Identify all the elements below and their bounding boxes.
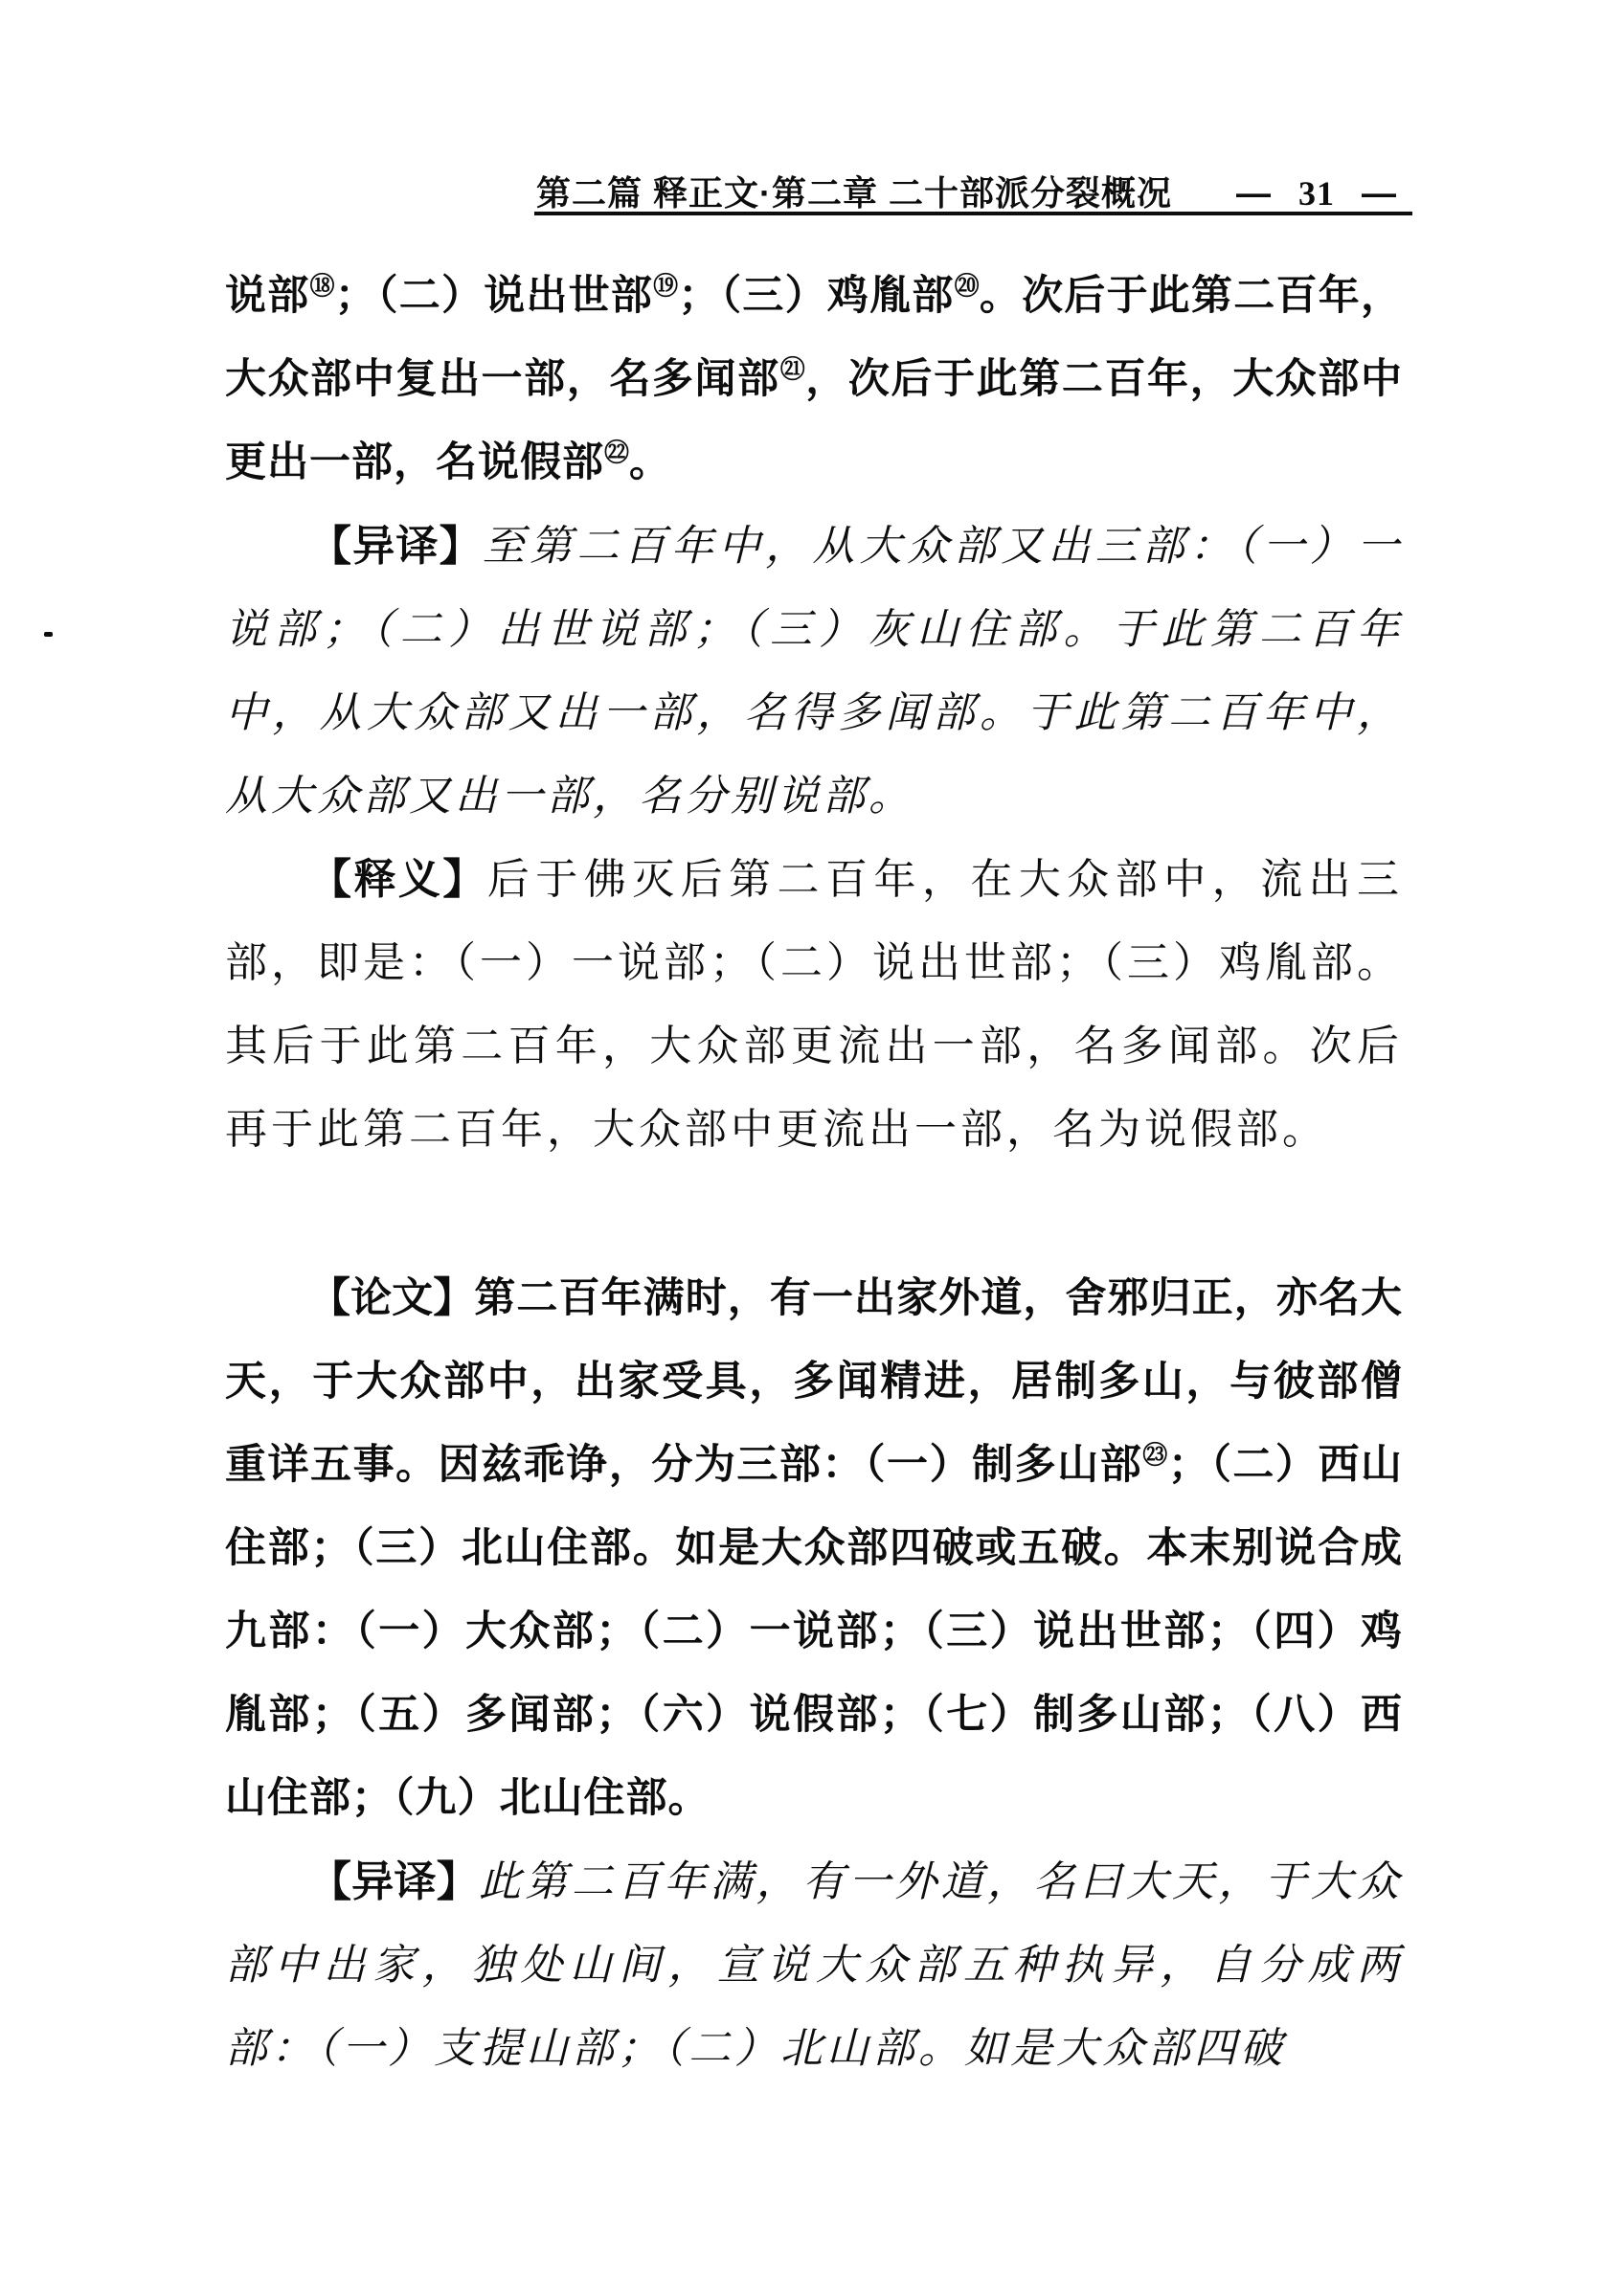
- header-rule: [534, 212, 1412, 215]
- page-number-dash-right: —: [1362, 173, 1397, 214]
- body-text: 说部⑱；（二）说出世部⑲；（三）鸡胤部⑳。次后于此第二百年，大众部中复出一部，名…: [225, 255, 1403, 2090]
- book-page: 第二篇 释正文·第二章 二十部派分裂概况 — 31 — 说部⑱；（二）说出世部⑲…: [0, 0, 1624, 2295]
- page-header: 第二篇 释正文·第二章 二十部派分裂概况 — 31 —: [536, 167, 1410, 215]
- paragraph-text: 第二百年满时，有一出家外道，舍邪归正，亦名大天，于大众部中，出家受具，多闻精进，…: [225, 1275, 1403, 1821]
- paragraph-text: 说部⑱；（二）说出世部⑲；（三）鸡胤部⑳。次后于此第二百年，大众部中复出一部，名…: [225, 273, 1403, 485]
- section-label-yiyi: 【异译】: [309, 523, 483, 570]
- running-head-title: 第二篇 释正文·第二章 二十部派分裂概况: [536, 167, 1172, 215]
- paragraph-shiyi: 【释义】后于佛灭后第二百年，在大众部中，流出三部，即是：（一）一说部；（二）说出…: [225, 838, 1403, 1171]
- paragraph-yiyi-1: 【异译】至第二百年中，从大众部又出三部：（一）一说部；（二）出世说部；（三）灰山…: [225, 505, 1403, 838]
- page-number-dash-left: —: [1236, 173, 1272, 214]
- section-label-yiyi-2: 【异译】: [309, 1858, 479, 1905]
- section-label-lunwen: 【论文】: [309, 1275, 474, 1321]
- section-label-shiyi: 【释义】: [309, 856, 487, 903]
- paragraph-yiyi-2: 【异译】此第二百年满，有一外道，名曰大天，于大众部中出家，独处山间，宣说大众部五…: [225, 1840, 1403, 2090]
- page-number: 31: [1298, 173, 1335, 214]
- scan-speck: [44, 632, 53, 637]
- paragraph-luenwen-continued: 说部⑱；（二）说出世部⑲；（三）鸡胤部⑳。次后于此第二百年，大众部中复出一部，名…: [225, 255, 1403, 505]
- paragraph-lunwen: 【论文】第二百年满时，有一出家外道，舍邪归正，亦名大天，于大众部中，出家受具，多…: [225, 1257, 1403, 1840]
